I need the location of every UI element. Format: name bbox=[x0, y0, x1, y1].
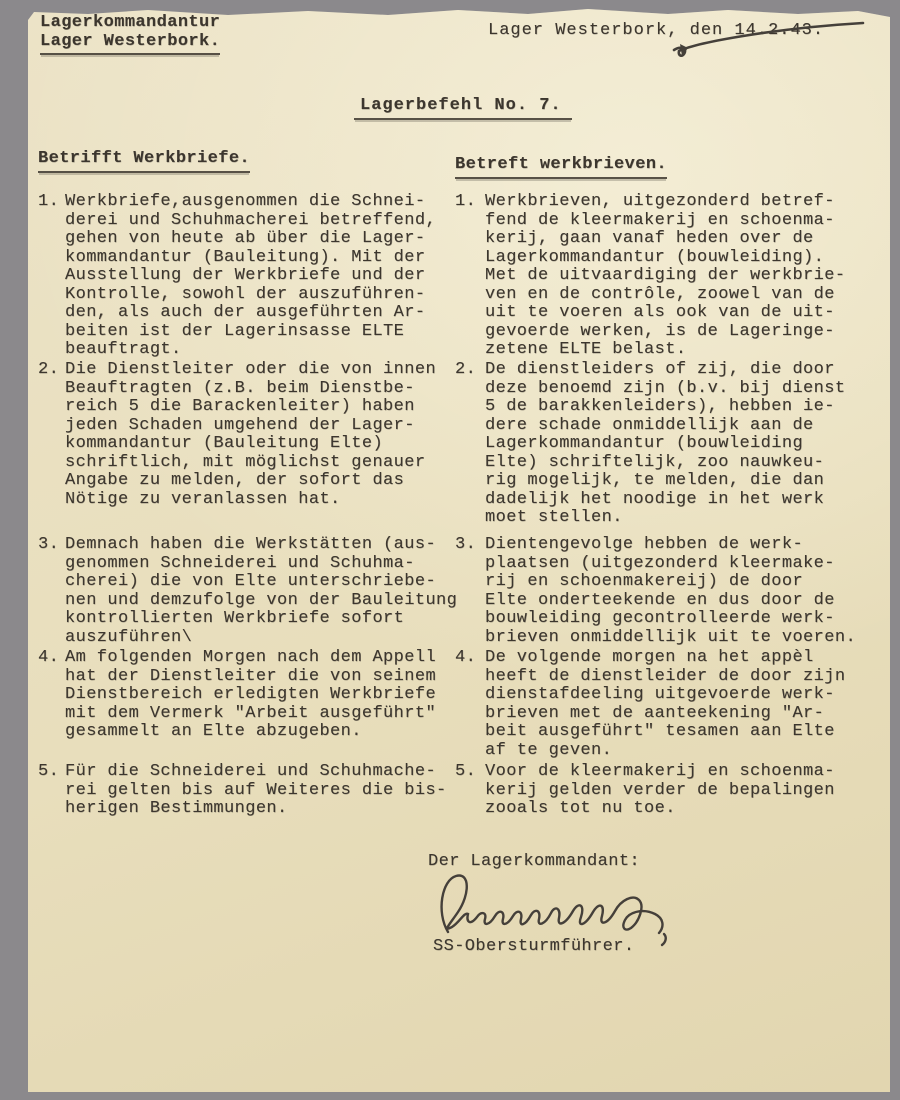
dutch-item-1: 1. Werkbrieven, uitgezonderd betref- fen… bbox=[455, 193, 845, 360]
german-item-1: 1. Werkbriefe,ausgenommen die Schnei- de… bbox=[38, 193, 436, 360]
item-text: Für die Schneiderei und Schuhmache- rei … bbox=[65, 763, 447, 819]
dutch-item-3: 3. Dientengevolge hebben de werk- plaats… bbox=[455, 536, 856, 647]
item-number: 2. bbox=[38, 361, 65, 380]
pen-stroke-icon bbox=[658, 10, 883, 58]
closing-role: SS-Obersturmführer. bbox=[433, 938, 634, 957]
german-item-3: 3. Demnach haben die Werkstätten (aus- g… bbox=[38, 536, 457, 647]
document-page: LagerkommandanturLager Westerbork. Lager… bbox=[28, 8, 890, 1092]
german-item-2: 2. Die Dienstleiter oder die von innen B… bbox=[38, 361, 436, 509]
letterhead: LagerkommandanturLager Westerbork. bbox=[40, 14, 220, 55]
dutch-item-2: 2. De dienstleiders of zij, die door dez… bbox=[455, 361, 845, 528]
item-text: Voor de kleermakerij en schoenma- kerij … bbox=[485, 763, 835, 819]
item-number: 4. bbox=[455, 649, 485, 668]
item-number: 1. bbox=[455, 193, 485, 212]
dutch-item-5: 5. Voor de kleermakerij en schoenma- ker… bbox=[455, 763, 835, 819]
german-column-heading: Betrifft Werkbriefe. bbox=[38, 150, 250, 173]
item-number: 5. bbox=[455, 763, 485, 782]
item-text: Werkbrieven, uitgezonderd betref- fend d… bbox=[485, 193, 845, 360]
item-number: 3. bbox=[38, 536, 65, 555]
item-number: 3. bbox=[455, 536, 485, 555]
item-number: 5. bbox=[38, 763, 65, 782]
item-number: 1. bbox=[38, 193, 65, 212]
dutch-item-4: 4. De volgende morgen na het appèl heeft… bbox=[455, 649, 845, 760]
item-text: Werkbriefe,ausgenommen die Schnei- derei… bbox=[65, 193, 436, 360]
item-text: Am folgenden Morgen nach dem Appell hat … bbox=[65, 649, 436, 742]
item-text: Demnach haben die Werkstätten (aus- geno… bbox=[65, 536, 457, 647]
page-title: Lagerbefehl No. 7. bbox=[354, 97, 572, 120]
item-text: De volgende morgen na het appèl heeft de… bbox=[485, 649, 845, 760]
german-item-4: 4. Am folgenden Morgen nach dem Appell h… bbox=[38, 649, 436, 742]
letterhead-line2: Lager Westerbork. bbox=[40, 33, 220, 52]
signature-icon bbox=[426, 866, 696, 946]
german-item-5: 5. Für die Schneiderei und Schuhmache- r… bbox=[38, 763, 447, 819]
item-number: 4. bbox=[38, 649, 65, 668]
letterhead-line1: Lagerkommandantur bbox=[40, 14, 220, 33]
item-text: De dienstleiders of zij, die door deze b… bbox=[485, 361, 845, 528]
item-text: Die Dienstleiter oder die von innen Beau… bbox=[65, 361, 436, 509]
item-number: 2. bbox=[455, 361, 485, 380]
dutch-column-heading: Betreft werkbrieven. bbox=[455, 156, 667, 179]
item-text: Dientengevolge hebben de werk- plaatsen … bbox=[485, 536, 856, 647]
